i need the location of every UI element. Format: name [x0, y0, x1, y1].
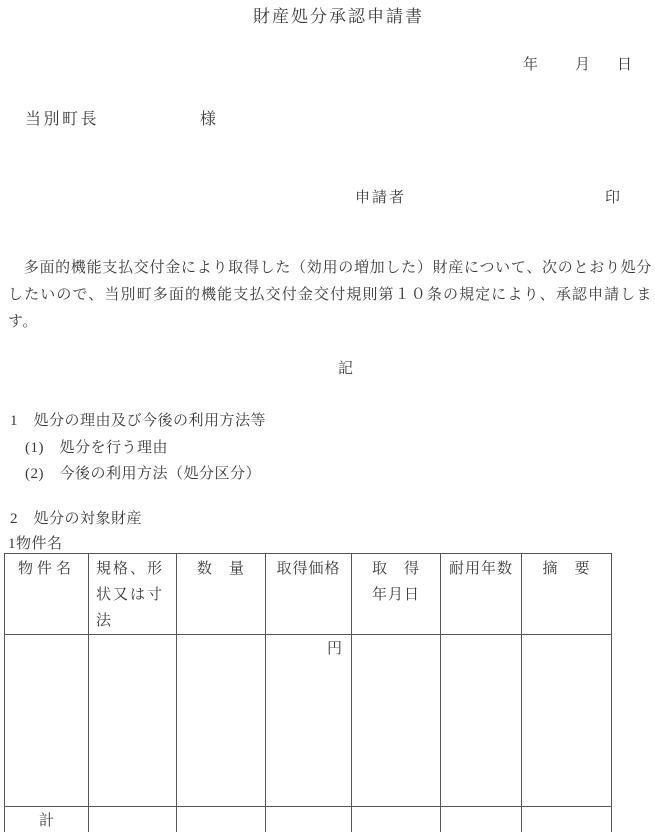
total-acquisition-price: [266, 807, 352, 832]
table-caption: 1物件名: [8, 532, 63, 553]
section-1-item-2: (2) 今後の利用方法（処分区分）: [25, 462, 261, 483]
header-quantity: 数 量: [177, 554, 266, 635]
yen-unit-label: 円: [327, 641, 342, 657]
addressee-honorific: 様: [200, 106, 216, 129]
cell-quantity: [177, 635, 266, 807]
header-acquisition-date: 取 得 年月日: [352, 554, 441, 635]
record-marker: 記: [0, 357, 655, 378]
total-remarks: [522, 807, 612, 832]
property-table: 物件名 規格、形 状又は寸 法 数 量 取得価格 取 得 年月日 耐用年数 摘 …: [4, 553, 612, 832]
month-label: 月: [575, 53, 590, 74]
header-useful-life: 耐用年数: [441, 554, 522, 635]
cell-acquisition-date: [352, 635, 441, 807]
year-label: 年: [523, 53, 538, 74]
cell-useful-life: [441, 635, 522, 807]
addressee-name: 当別町長: [25, 106, 99, 129]
cell-property-name: [5, 635, 89, 807]
header-remarks: 摘 要: [522, 554, 612, 635]
cell-acquisition-price: 円: [266, 635, 352, 807]
body-paragraph: 多面的機能支払交付金により取得した（効用の増加した）財産について、次のとおり処分…: [8, 255, 652, 336]
total-quantity: [177, 807, 266, 832]
total-spec: [89, 807, 177, 832]
section-2-heading: 2 処分の対象財産: [10, 507, 142, 528]
applicant-label: 申請者: [355, 186, 406, 207]
total-acquisition-date: [352, 807, 441, 832]
total-useful-life: [441, 807, 522, 832]
document-title: 財産処分承認申請書: [0, 2, 655, 27]
table-body-row: 円: [5, 635, 612, 807]
seal-label: 印: [605, 186, 620, 207]
section-1-heading: 1 処分の理由及び今後の利用方法等: [10, 409, 266, 430]
application-form-page: 財産処分承認申請書 年 月 日 当別町長 様 申請者 印 多面的機能支払交付金に…: [0, 0, 655, 832]
day-label: 日: [617, 53, 632, 74]
total-label: 計: [5, 807, 89, 832]
table-total-row: 計: [5, 807, 612, 832]
header-property-name: 物件名: [5, 554, 89, 635]
table-header-row: 物件名 規格、形 状又は寸 法 数 量 取得価格 取 得 年月日 耐用年数 摘 …: [5, 554, 612, 635]
section-1-item-1: (1) 処分を行う理由: [25, 436, 168, 457]
header-acquisition-price: 取得価格: [266, 554, 352, 635]
cell-remarks: [522, 635, 612, 807]
header-spec-shape-dimensions: 規格、形 状又は寸 法: [89, 554, 177, 635]
cell-spec: [89, 635, 177, 807]
